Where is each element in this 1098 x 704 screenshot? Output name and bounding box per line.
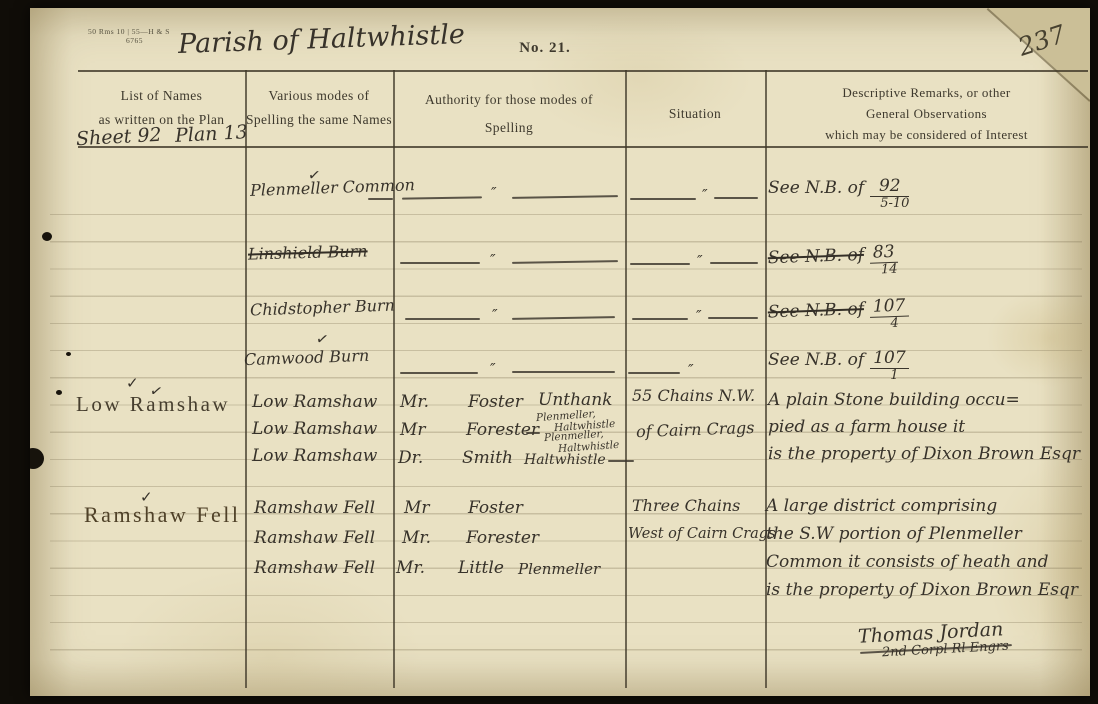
column-header-situation: Situation (625, 106, 765, 122)
punch-hole (30, 448, 44, 469)
ditto-mark: ″ (702, 186, 708, 204)
ink-dash (512, 371, 615, 373)
fraction-denominator: 14 (870, 263, 898, 279)
check-mark: ✓ (315, 329, 331, 349)
column-divider-2 (393, 70, 395, 688)
fraction-numerator: 83 (870, 244, 898, 264)
remark-line: A plain Stone building occu= (768, 390, 1020, 410)
ditto-mark: ″ (491, 184, 497, 202)
entry-remark-struck: See N.B. of8314 (767, 244, 898, 282)
ink-dash (512, 260, 618, 264)
authority-title: Mr (400, 420, 426, 440)
column-header-spelling-line1: Various modes of (245, 88, 393, 104)
authority-place: Unthank (538, 390, 612, 410)
column-divider-1 (245, 70, 247, 688)
authority-surname: Little (458, 558, 504, 578)
ink-dash (368, 198, 393, 200)
plan-name-ramshaw-fell: Ramshaw Fell (84, 502, 241, 528)
authority-title: Dr. (398, 448, 423, 468)
entry-name: Camwood Burn (244, 346, 370, 369)
parish-title: Parish of Haltwhistle (178, 19, 466, 60)
entry-name-struck: Linshield Burn (248, 241, 368, 263)
spelling-entry: Ramshaw Fell (254, 558, 375, 578)
column-header-authority-line2: Spelling (393, 120, 625, 136)
ditto-mark: ″ (492, 306, 498, 324)
fraction-denominator: 4 (870, 316, 909, 332)
authority-surname: Forester (466, 528, 539, 548)
punch-hole (42, 232, 52, 241)
plan-name-low-ramshaw: Low Ramshaw (76, 392, 230, 417)
entry-remark: See N.B. of925-10 (768, 178, 909, 212)
document-page: 50 Rms 10 | 55—H & S 6765 Parish of Halt… (30, 8, 1090, 696)
ink-speck (66, 352, 71, 356)
column-header-names-line1: List of Names (78, 88, 245, 104)
fraction-denominator: 1 (870, 369, 908, 384)
remark-fraction: 1074 (870, 298, 910, 333)
column-header-authority-line1: Authority for those modes of (393, 92, 625, 108)
situation-line: of Cairn Crags (636, 418, 755, 441)
ink-dash (512, 195, 618, 199)
authority-title: Mr. (402, 528, 431, 548)
ditto-mark: ″ (688, 361, 694, 379)
remark-line: is the property of Dixon Brown Esqr (766, 580, 1078, 600)
ink-dash (632, 318, 688, 320)
spelling-entry: Ramshaw Fell (254, 498, 375, 518)
ink-dash (400, 262, 480, 264)
ditto-mark: ″ (490, 251, 496, 269)
remark-fraction: 8314 (870, 244, 899, 279)
authority-title: Mr (404, 498, 430, 518)
ink-dash (714, 197, 758, 199)
header-bottom-rule (78, 146, 1088, 148)
column-header-remarks-line3: which may be considered of Interest (765, 127, 1088, 143)
spelling-entry: Low Ramshaw (252, 392, 377, 412)
ink-dash (608, 460, 634, 462)
spelling-entry: Low Ramshaw (252, 446, 377, 466)
authority-surname: Forester (466, 420, 539, 440)
ink-dash (405, 318, 480, 320)
remark-line: Common it consists of heath and (766, 552, 1049, 572)
authority-surname: Foster (468, 392, 523, 412)
ink-dash (630, 263, 690, 265)
entry-name: Chidstopher Burn (250, 295, 396, 319)
entry-remark-struck: See N.B. of1074 (767, 298, 909, 337)
remark-text: See N.B. of (768, 178, 864, 198)
print-code-stamp-line1: 50 Rms 10 | 55—H & S (88, 27, 170, 36)
remark-text: See N.B. of (767, 245, 864, 268)
situation-line: Three Chains (632, 496, 740, 515)
remark-line: the S.W portion of Plenmeller (766, 524, 1022, 544)
remark-text: See N.B. of (767, 299, 864, 322)
authority-place: Plenmeller (518, 560, 600, 578)
remark-line: is the property of Dixon Brown Esqr (768, 444, 1080, 464)
authority-title: Mr. (396, 558, 425, 578)
ink-dash (710, 262, 758, 264)
fraction-denominator: 5-10 (870, 197, 909, 212)
fraction-numerator: 107 (870, 350, 908, 369)
ink-dash (512, 316, 615, 320)
remark-text: See N.B. of (768, 350, 864, 370)
entry-remark: See N.B. of1071 (768, 350, 909, 384)
plan-note: Plan 13 (174, 121, 248, 147)
form-number: No. 21. (510, 40, 580, 57)
ditto-mark: ″ (490, 360, 496, 378)
spelling-entry: Low Ramshaw (252, 419, 377, 439)
ink-dash (400, 372, 478, 374)
authority-surname: Foster (468, 498, 523, 518)
entry-name: Plenmeller Common (250, 175, 415, 200)
ink-dash (630, 198, 696, 200)
ink-dash (628, 372, 680, 374)
remark-line: pied as a farm house it (768, 417, 965, 437)
column-header-remarks-line1: Descriptive Remarks, or other (765, 85, 1088, 101)
spelling-entry: Ramshaw Fell (254, 528, 375, 548)
column-header-remarks-line2: General Observations (765, 106, 1088, 122)
remark-fraction: 925-10 (870, 178, 909, 212)
column-header-spelling-line2: Spelling the same Names (245, 112, 393, 128)
ditto-mark: ″ (696, 307, 702, 325)
situation-line: 55 Chains N.W. (632, 386, 755, 405)
remark-line: A large district comprising (766, 496, 997, 516)
authority-surname: Smith (462, 448, 513, 468)
column-divider-3 (625, 70, 627, 688)
ditto-mark: ″ (697, 252, 703, 270)
print-code-stamp-line2: 6765 (126, 36, 143, 45)
ink-dash (402, 196, 482, 199)
check-mark: ✓ (126, 374, 139, 392)
ink-speck (56, 390, 62, 395)
fraction-numerator: 107 (870, 298, 909, 318)
fraction-numerator: 92 (870, 178, 909, 197)
sheet-note: Sheet 92 (75, 124, 162, 150)
ink-dash (526, 432, 540, 434)
table-top-rule (78, 70, 1088, 72)
ink-dash (708, 317, 758, 319)
authority-title: Mr. (400, 392, 429, 412)
situation-line: West of Cairn Crags (628, 526, 776, 542)
authority-place: Haltwhistle (524, 452, 606, 468)
remark-fraction: 1071 (870, 350, 908, 384)
